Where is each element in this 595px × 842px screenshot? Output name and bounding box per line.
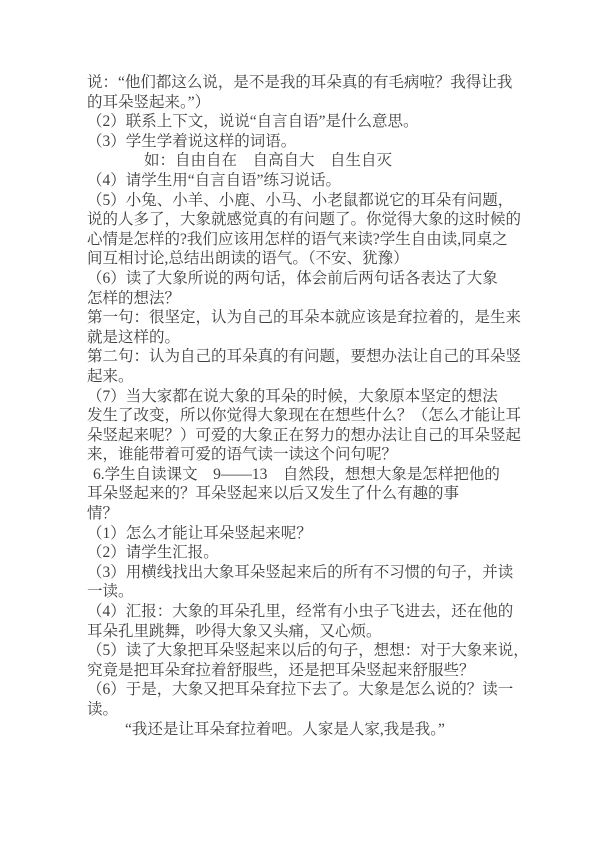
text-line: （4）请学生用“自言自语”练习说话。 [87, 171, 509, 191]
text-line: 情？ [87, 504, 509, 524]
document-page: 说：“他们都这么说，是不是我的耳朵真的有毛病啦？我得让我的耳朵竖起来。”）（2）… [0, 0, 595, 842]
text-line: （4）汇报：大象的耳朵孔里，经常有小虫子飞进去，还在他的 [87, 602, 509, 622]
text-line: 第二句：认为自己的耳朵真的有问题，要想办法让自己的耳朵竖 [87, 347, 509, 367]
text-line: 起来。 [87, 367, 509, 387]
text-line: 6.学生自读课文 9——13 自然段，想想大象是怎样把他的 [93, 465, 509, 485]
text-line: （3）学生学着说这样的词语。 [87, 132, 509, 152]
text-line: 的耳朵竖起来。”） [87, 93, 509, 113]
text-line: （1）怎么才能让耳朵竖起来呢？ [87, 524, 509, 544]
text-line: 说的人多了，大象就感觉真的有问题了。你觉得大象的这时候的 [87, 210, 509, 230]
text-line: 如：自由自在 自高自大 自生自灭 [144, 151, 509, 171]
text-line: 朵竖起来呢？）可爱的大象正在努力的想办法让自己的耳朵竖起 [87, 426, 509, 446]
text-line: （6）读了大象所说的两句话，体会前后两句话各表达了大象 [87, 269, 509, 289]
text-line: 间互相讨论,总结出朗读的语气。（不安、犹豫） [87, 249, 509, 269]
text-line: （2）联系上下文，说说“自言自语”是什么意思。 [87, 112, 509, 132]
text-line: （7）当大家都在说大象的耳朵的时候，大象原本坚定的想法 [87, 387, 509, 407]
text-line: 来，谁能带着可爱的语气读一读这个问句呢？ [87, 445, 509, 465]
text-line: 发生了改变，所以你觉得大象现在在想些什么？（怎么才能让耳 [87, 406, 509, 426]
text-line: 一读。 [87, 582, 509, 602]
text-line: 第一句：很坚定，认为自己的耳朵本就应该是耷拉着的，是生来 [87, 308, 509, 328]
text-line: “我还是让耳朵耷拉着吧。人家是人家,我是我。” [125, 720, 509, 740]
text-line: 怎样的想法？ [87, 289, 509, 309]
text-line: 说：“他们都这么说，是不是我的耳朵真的有毛病啦？我得让我 [87, 73, 509, 93]
text-line: 心情是怎样的?我们应该用怎样的语气来读?学生自由读,同桌之 [87, 230, 509, 250]
text-line: （6）于是，大象又把耳朵耷拉下去了。大象是怎么说的？读一 [87, 680, 509, 700]
text-line: （2）请学生汇报。 [87, 543, 509, 563]
text-line: 耳朵孔里跳舞，吵得大象又头痛，又心烦。 [87, 622, 509, 642]
text-line: （5）读了大象把耳朵竖起来以后的句子，想想：对于大象来说， [87, 641, 509, 661]
text-line: 究竟是把耳朵耷拉着舒服些，还是把耳朵竖起来舒服些？ [87, 661, 509, 681]
text-line: 读。 [87, 700, 509, 720]
text-line: （5）小兔、小羊、小鹿、小马、小老鼠都说它的耳朵有问题， [87, 191, 509, 211]
text-line: 耳朵竖起来的？耳朵竖起来以后又发生了什么有趣的事 [87, 484, 509, 504]
document-text-block: 说：“他们都这么说，是不是我的耳朵真的有毛病啦？我得让我的耳朵竖起来。”）（2）… [87, 73, 509, 739]
text-line: （3）用横线找出大象耳朵竖起来后的所有不习惯的句子，并读 [87, 563, 509, 583]
text-line: 就是这样的。 [87, 328, 509, 348]
